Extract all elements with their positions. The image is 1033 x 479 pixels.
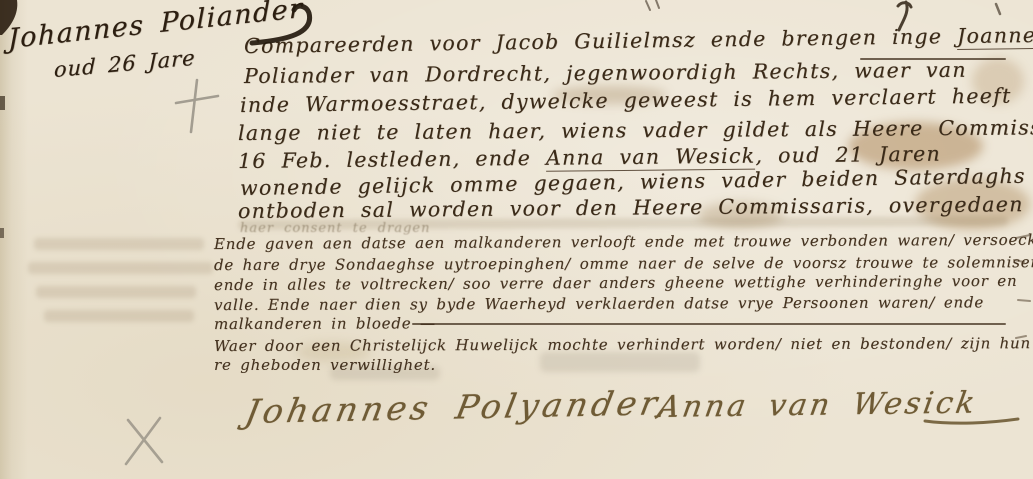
underline-rule	[860, 58, 1006, 60]
formula-line-2: de hare drye Sondaeghse uytroepinghen/ o…	[214, 253, 1033, 274]
entry-line-1-text: Compareerden voor Jacob Guilielmsz ende …	[244, 24, 957, 58]
bleedthrough-smudge	[34, 238, 204, 250]
groom-signature: Johannes Polyander,	[242, 383, 675, 431]
bleedthrough-smudge	[28, 262, 213, 274]
edge-ink-mark	[0, 96, 5, 110]
formula-line-6: Waer door een Christelijck Huwelijck moc…	[214, 334, 1033, 355]
small-top-mark	[996, 4, 1000, 14]
bleedthrough-smudge	[36, 286, 196, 298]
formula-line-7: re gheboden verwillighet.	[214, 356, 436, 374]
pencil-cross-mark	[126, 418, 162, 464]
formula-line-3: ende in alles te voltrecken/ soo verre d…	[214, 272, 1017, 294]
formula-line-1: Ende gaven aen datse aen malkanderen ver…	[214, 231, 1033, 253]
entry-line-2: Poliander van Dordrecht, jegenwoordigh R…	[244, 58, 967, 88]
bride-signature: Anna van Wesick	[655, 386, 980, 425]
register-page-scan: Johannes Poliander oud 26 Jare Compareer…	[0, 0, 1033, 479]
faded-stamp-smudge	[540, 352, 700, 372]
margin-age: oud 26 Jare	[54, 46, 196, 83]
entry-line-3: inde Warmoesstraet, dywelcke geweest is …	[240, 84, 1012, 117]
underlined-name-joannes: Joannes	[957, 23, 1033, 50]
bleedthrough-smudge	[44, 310, 194, 322]
formula-line-5: malkanderen in bloede —	[214, 314, 436, 333]
edge-ink-mark	[0, 228, 4, 238]
pencil-dagger-mark	[176, 80, 218, 132]
formula-line-4: valle. Ende naer dien sy byde Waerheyd v…	[214, 293, 984, 314]
entry-line-5-age: , oud 21 Jaren	[755, 142, 941, 168]
entry-line-1: Compareerden voor Jacob Guilielmsz ende …	[244, 23, 1033, 58]
small-top-mark	[646, 0, 659, 10]
closing-rule	[412, 323, 1006, 325]
entry-line-5-text: 16 Feb. lestleden, ende	[238, 146, 546, 173]
